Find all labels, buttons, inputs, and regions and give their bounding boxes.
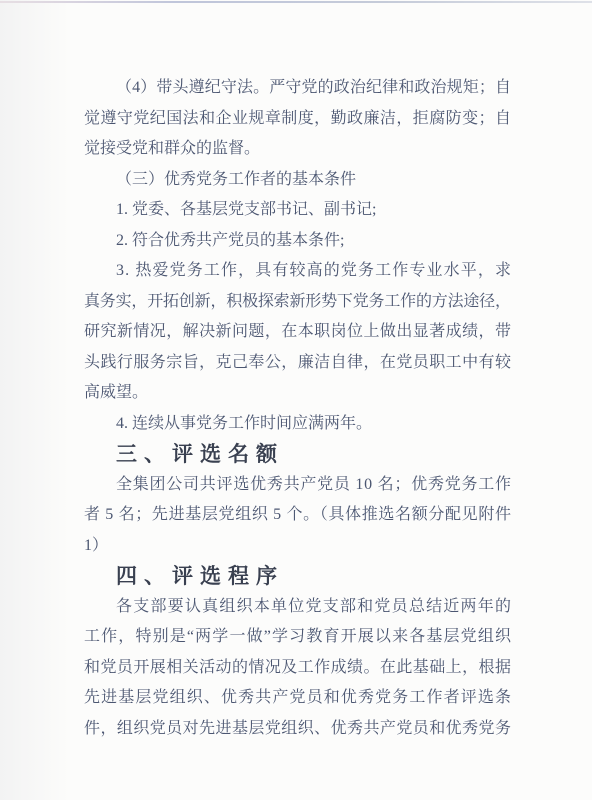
text-line: 1. 党委、各基层党支部书记、副书记; xyxy=(84,195,511,226)
text-line: （4）带头遵纪守法。严守党的政治纪律和政治规矩；自 xyxy=(84,73,511,104)
text-line: 2. 符合优秀共产党员的基本条件; xyxy=(84,226,511,257)
text-line: 3. 热爱党务工作，具有较高的党务工作专业水平，求 xyxy=(84,256,511,287)
text-line: 各支部要认真组织本单位党支部和党员总结近两年的 xyxy=(84,592,511,623)
text-line: 者 5 名；先进基层党组织 5 个。（具体推选名额分配见附件 xyxy=(84,500,511,531)
text-line: 研究新情况，解决新问题，在本职岗位上做出显著成绩，带 xyxy=(84,317,511,348)
text-line: 工作，特别是“两学一做”学习教育开展以来各基层党组织 xyxy=(84,622,511,653)
text-line: 觉遵守党纪国法和企业规章制度，勤政廉洁，拒腐防变；自 xyxy=(84,104,511,135)
text-line: 4. 连续从事党务工作时间应满两年。 xyxy=(84,409,511,440)
section-heading: 三、评选名额 xyxy=(84,439,511,470)
text-line: 件，组织党员对先进基层党组织、优秀共产党员和优秀党务 xyxy=(84,714,511,745)
text-line: 头践行服务宗旨，克己奉公，廉洁自律，在党员职工中有较 xyxy=(84,348,511,379)
text-line: 先进基层党组织、优秀共产党员和优秀党务工作者评选条 xyxy=(84,683,511,714)
text-line: 和党员开展相关活动的情况及工作成绩。在此基础上，根据 xyxy=(84,653,511,684)
scan-edge-artifact xyxy=(0,1,592,3)
document-body: （4）带头遵纪守法。严守党的政治纪律和政治规矩；自觉遵守党纪国法和企业规章制度，… xyxy=(84,73,511,744)
text-line: 全集团公司共评选优秀共产党员 10 名；优秀党务工作 xyxy=(84,470,511,501)
text-line: 真务实，开拓创新，积极探索新形势下党务工作的方法途径， xyxy=(84,287,511,318)
paper-shading xyxy=(0,0,70,800)
text-line: 高威望。 xyxy=(84,378,511,409)
text-line: （三）优秀党务工作者的基本条件 xyxy=(84,165,511,196)
section-heading: 四、评选程序 xyxy=(84,561,511,592)
text-line: 1） xyxy=(84,531,511,562)
scanned-document-page: （4）带头遵纪守法。严守党的政治纪律和政治规矩；自觉遵守党纪国法和企业规章制度，… xyxy=(0,0,592,800)
text-line: 觉接受党和群众的监督。 xyxy=(84,134,511,165)
